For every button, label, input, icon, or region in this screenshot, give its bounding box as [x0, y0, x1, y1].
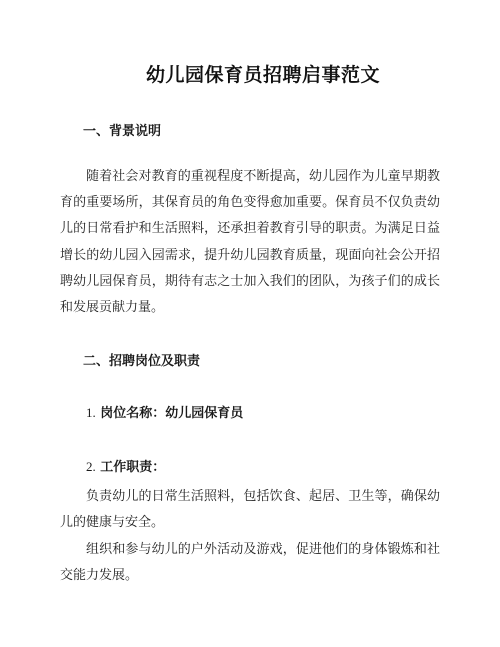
document-page: 幼儿园保育员招聘启事范文 一、背景说明 随着社会对教育的重视程度不断提高，幼儿园…	[0, 0, 500, 647]
job-duties-item: 2. 工作职责：	[86, 457, 165, 478]
section-heading-background: 一、背景说明	[83, 122, 161, 142]
duty-paragraph-activities: 组织和参与幼儿的户外活动及游戏，促进他们的身体锻炼和社交能力发展。	[60, 537, 440, 589]
document-title: 幼儿园保育员招聘启事范文	[0, 62, 500, 88]
duty-paragraph-care: 负责幼儿的日常生活照料，包括饮食、起居、卫生等，确保幼儿的健康与安全。	[60, 484, 440, 536]
position-name-item: 1. 岗位名称：幼儿园保育员	[86, 403, 243, 424]
position-name-label: 岗位名称：幼儿园保育员	[100, 406, 243, 421]
item-number: 1.	[86, 405, 96, 420]
background-paragraph: 随着社会对教育的重视程度不断提高，幼儿园作为儿童早期教育的重要场所，其保育员的角…	[60, 164, 440, 321]
section-heading-positions: 二、招聘岗位及职责	[83, 352, 200, 372]
item-number: 2.	[86, 459, 96, 474]
job-duties-label: 工作职责：	[100, 460, 165, 475]
